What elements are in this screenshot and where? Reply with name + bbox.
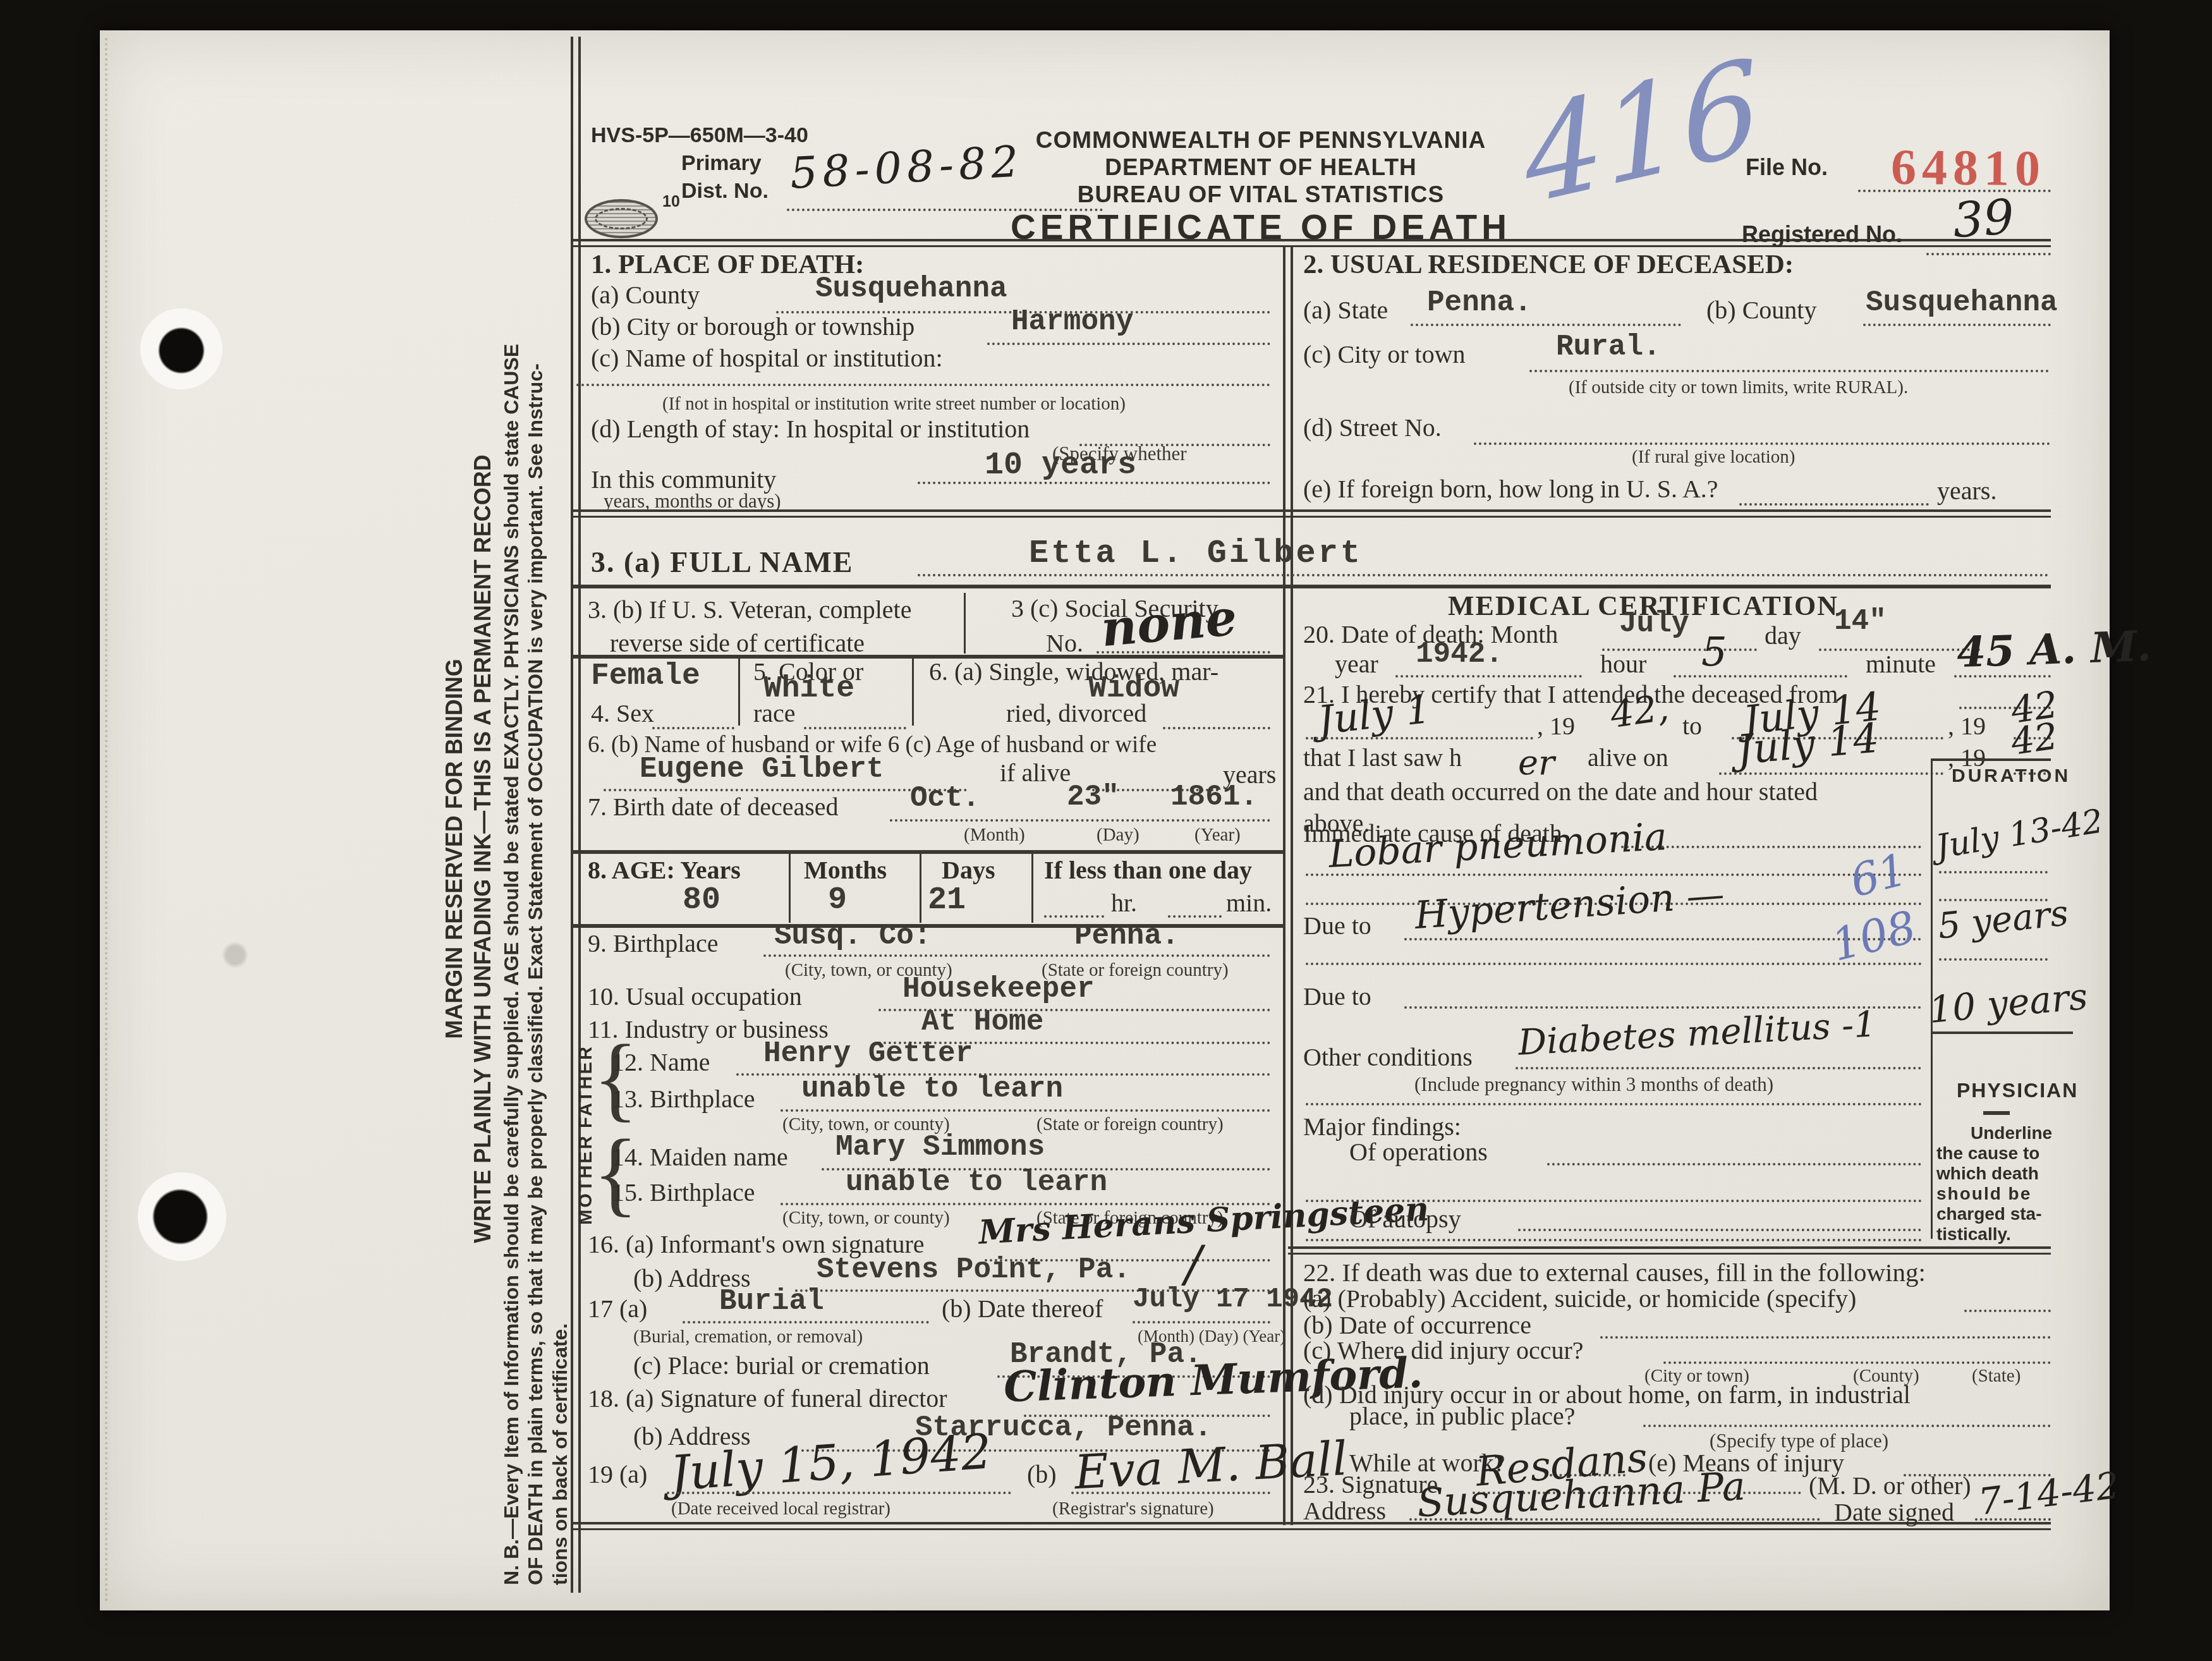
sex-label: 4. Sex [591,700,654,727]
birthplace-value-2: Penna. [1074,922,1179,951]
paper-smudge [222,940,248,970]
color-marital-divider [912,657,914,726]
death-year-value: 1942. [1416,640,1503,669]
age-divider-2 [920,853,921,923]
veteran-label-1: 3. (b) If U. S. Veteran, complete [588,597,911,623]
age-years-value: 80 [683,885,720,916]
findings-line-1 [1306,1200,1922,1202]
scanned-death-certificate: MARGIN RESERVED FOR BINDING WRITE PLAINL… [0,0,2212,1661]
punch-hole-top [140,308,222,389]
state-line [1411,324,1681,326]
vital-statistics-seal-icon [585,199,658,238]
death-month-value: July [1619,609,1689,638]
community-note: years, months or days) [604,491,781,512]
age-days-value: 21 [928,885,966,916]
autopsy-line [1518,1229,1921,1231]
external-b-line [1600,1336,2051,1339]
birthdate-label: 7. Birth date of deceased [588,794,839,820]
registered-no-label: Registered No. [1742,222,1902,247]
major-findings-label: Major findings: [1303,1114,1461,1140]
sex-value: Female [591,661,700,691]
hospital-label: (c) Name of hospital or institution: [591,345,943,372]
certificate-title: CERTIFICATE OF DEATH [913,209,1608,246]
physician-note-1: Underline [1971,1124,2052,1143]
residence-county-value: Susquehanna [1866,288,2058,317]
pregnancy-note: (Include pregnancy within 3 months of de… [1414,1074,1773,1095]
ssn-line [1097,651,1270,654]
father-name-label: 12. Name [612,1049,710,1076]
external-c-label: (c) Where did injury occur? [1303,1337,1584,1364]
ssn-no-label: No. [1046,630,1083,657]
age-min-line [1168,915,1222,918]
death-hour-value: 5 [1701,632,1727,672]
birthdate-row-rule [572,850,1283,854]
residence-county-label: (b) County [1706,297,1816,324]
margin-line-2: WRITE PLAINLY WITH UNFADING INK—THIS IS … [471,113,495,1585]
street-no-label: (d) Street No. [1303,415,1442,441]
death-minute-value: 45 A. M. [1956,625,2152,674]
registrar-date-label: 19 (a) [588,1461,647,1488]
age-divider-1 [789,853,791,923]
death-year-line [1395,675,1582,678]
community-label: In this community [591,466,776,493]
punch-hole-bottom [138,1172,226,1261]
death-minute-line [1954,675,2051,678]
date-signed-line [1975,1518,2051,1521]
last-saw-y3-value: 42 [2008,717,2060,760]
md-or-other-label: (M. D. or other) [1809,1473,1971,1499]
state-label: (a) State [1303,297,1388,324]
file-no-stamp: 64810 [1891,141,2046,196]
funeral-director-label: 18. (a) Signature of funeral director [588,1385,947,1412]
mother-name-label: 14. Maiden name [612,1144,788,1171]
duration-line-3 [1939,958,2048,961]
community-value: 10 years [985,450,1136,482]
foreign-born-label: (e) If foreign born, how long in U. S. A… [1303,476,1718,502]
city-borough-value: Harmony [1011,307,1133,336]
external-d-label-2: place, in public place? [1349,1403,1576,1430]
foreign-born-years: years. [1937,478,1996,504]
city-borough-label: (b) City or borough or township [591,313,915,340]
last-saw-value: July 14 [1735,718,1881,770]
immediate-cause-line-1 [1306,873,1922,876]
last-saw-line-1 [1719,772,1943,775]
mother-name-value: Mary Simmons [836,1133,1045,1162]
birthplace-value-1: Susq. Co: [774,922,931,951]
father-birthplace-line [781,1109,1270,1112]
death-minute-label: minute [1866,651,1936,678]
registrar-signature-line [1071,1492,1270,1494]
death-year-label: year [1335,651,1378,678]
birthdate-line [890,819,1270,822]
physician-note-5: charged sta- [1936,1205,2042,1224]
county-label: (a) County [591,282,700,308]
paper-perforated-edge [105,38,107,1603]
marital-line [1163,727,1270,729]
rural-note: (If outside city or town limits, write R… [1569,378,1908,397]
date-signed-label: Date signed [1834,1499,1954,1526]
due-to-2-label: Due to [1303,983,1371,1010]
physician-dash [1983,1111,2010,1115]
dist-no-label: Dist. No. [681,179,769,203]
fullname-rule [572,585,2051,588]
burial-cap: (Burial, cremation, or removal) [633,1327,863,1346]
marital-label-2: ried, divorced [1006,700,1146,727]
due-to-1-line-2 [1306,963,1922,965]
duration-value-3-underline [1933,1031,2073,1034]
length-of-stay-label: (d) Length of stay: In hospital or insti… [591,416,1030,442]
father-name-value: Henry Getter [763,1039,973,1068]
operations-line [1547,1163,1921,1165]
physician-note-6: tistically. [1936,1225,2011,1244]
informant-address-stroke: / [1185,1240,1201,1289]
operations-label: Of operations [1349,1139,1488,1165]
mother-brace: { [593,1124,638,1224]
birthdate-year: 1861. [1170,782,1258,812]
death-hour-label: hour [1600,651,1646,678]
informant-address-value: Stevens Point, Pa. [817,1255,1131,1284]
county-value: Susquehanna [815,274,1007,303]
physician-note-2: the cause to [1936,1144,2051,1163]
residence-county-line [1863,324,2051,326]
autopsy-label: Of autopsy [1349,1206,1461,1232]
due-to-1-label: Due to [1303,913,1371,939]
registrar-date-cap: (Date received local registrar) [671,1499,890,1518]
burial-place-label: (c) Place: burial or cremation [633,1353,930,1379]
burial-line [683,1321,929,1323]
mother-cap-1: (City, town, or county) [782,1208,950,1227]
birthdate-cap-month: (Month) [964,825,1025,844]
external-d-line [1643,1425,2051,1427]
physician-address-label: Address [1303,1498,1386,1524]
section12-bottom-rule [572,509,2051,518]
if-alive-label: if alive [1000,760,1071,786]
city-town-label: (c) City or town [1303,341,1466,368]
last-saw-label-2: alive on [1588,745,1668,771]
birthplace-line [763,954,1270,957]
mother-birthplace-label: 15. Birthplace [612,1179,755,1206]
birthdate-month: Oct. [910,784,980,813]
age-hr-line [1044,915,1104,918]
burial-label: 17 (a) [588,1296,647,1322]
residence-title: 2. USUAL RESIDENCE OF DECEASED: [1303,250,1794,279]
findings-line-2 [1306,1239,1922,1241]
physician-note-3: which death [1936,1164,2051,1183]
city-town-value: Rural. [1556,332,1661,362]
other-conditions-line [1516,1067,1921,1069]
physician-title: PHYSICIAN [1957,1080,2078,1102]
margin-line-1: MARGIN RESERVED FOR BINDING [442,113,467,1585]
margin-line-4: OF DEATH in plain terms, so that it may … [525,113,547,1585]
age-min-label: min. [1226,890,1272,916]
street-no-line [1474,442,2050,445]
age-label: 8. AGE: Years [588,857,741,884]
form-number: HVS-5P—650M—3-40 [591,124,808,147]
external-a-label: (a) (Probably) Accident, suicide, or hom… [1303,1286,1856,1312]
external-c-cap-3: (State) [1972,1366,2021,1385]
spouse-name-value: Eugene Gilbert [640,755,884,784]
color-line [804,727,906,729]
registered-no-line [1926,253,2051,255]
burial-value: Burial [719,1287,824,1316]
file-no-label: File No. [1746,155,1828,180]
city-borough-line [987,343,1270,345]
external-a-line [1964,1310,2051,1312]
external-b-label: (b) Date of occurrence [1303,1312,1531,1339]
age-months-label: Months [804,857,887,884]
registrar-sig-label: (b) [1027,1461,1057,1488]
occupation-value: Housekeeper [902,975,1095,1004]
header-department: DEPARTMENT OF HEALTH [976,155,1545,180]
sex-color-divider [738,657,740,726]
full-name-line [918,574,2049,576]
age-days-label: Days [942,857,995,884]
registrar-date-line [667,1492,1011,1494]
physician-note-4: should be [1936,1184,2051,1203]
other-conditions-label: Other conditions [1303,1044,1473,1071]
father-brace: { [593,1029,638,1129]
rural-location-note: (If rural give location) [1632,447,1795,466]
city-town-line [1529,370,2049,372]
external-causes-title: 22. If death was due to external causes,… [1303,1259,1926,1286]
age-divider-3 [1031,853,1033,923]
attended-line-1 [1306,737,1533,739]
age-less-label: If less than one day [1044,857,1252,884]
death-day-value: 14" [1834,607,1887,636]
birthplace-label: 9. Birthplace [588,930,719,957]
death-hour-line [1674,675,1847,678]
veteran-label-2: reverse side of certificate [610,630,865,657]
age-hr-label: hr. [1111,890,1137,916]
sex-line [652,727,734,729]
margin-line-5: tions on back of certificate. [549,113,571,1585]
attended-19b: , 19 [1948,713,1986,739]
hospital-note: (If not in hospital or institution write… [662,394,1126,413]
attended-from-value: July 1 [1316,690,1432,740]
occurred-label: and that death occurred on the date and … [1303,779,1818,805]
foreign-born-line [1739,503,1929,506]
father-cap-2: (State or foreign country) [1036,1115,1224,1134]
duration-line-1 [1939,871,2048,873]
veteran-ssn-divider [964,593,966,654]
color-label-2: race [753,700,796,727]
last-saw-label-1: that I last saw h [1303,745,1462,771]
burial-date-line [1133,1321,1270,1323]
community-line [918,482,1270,484]
burial-date-label: (b) Date thereof [942,1296,1103,1322]
primary-label: Primary [681,152,762,175]
duration-box-top [1931,758,2051,761]
bp-systolic: 61 [1846,847,1911,903]
form-left-border [571,37,581,1593]
binding-margin-notes: MARGIN RESERVED FOR BINDING WRITE PLAINL… [442,113,564,1585]
attended-y1-value: 42, [1608,689,1670,733]
registered-no-value: 39 [1951,193,2015,245]
seal-number: 10 [662,193,680,210]
death-day-label: day [1765,623,1801,649]
full-name-value: Etta L. Gilbert [1029,537,1363,570]
birthdate-cap-day: (Day) [1097,825,1139,844]
full-name-label: 3. (a) FULL NAME [591,547,853,578]
registrar-sig-cap: (Registrar's signature) [1052,1499,1214,1518]
industry-value: At Home [921,1007,1043,1037]
state-value: Penna. [1427,288,1532,317]
header-commonwealth: COMMONWEALTH OF PENNSYLVANIA [976,128,1545,153]
attended-to: to [1682,713,1702,739]
margin-line-3: N. B.—Every Item of Information should b… [501,113,523,1585]
external-c-line [1663,1361,2051,1364]
last-saw-er: er [1518,746,1555,780]
father-birthplace-label: 13. Birthplace [612,1086,755,1112]
birthdate-day: 23" [1067,782,1119,812]
ssn-value: none [1099,593,1239,654]
birthdate-cap-year: (Year) [1194,825,1241,844]
hospital-line [576,384,1270,386]
father-birthplace-value: unable to learn [801,1074,1063,1104]
age-months-value: 9 [828,885,847,916]
mother-birthplace-value: unable to learn [846,1168,1107,1197]
occupation-label: 10. Usual occupation [588,983,802,1010]
physician-address-line [1409,1518,1820,1521]
header-bureau: BUREAU OF VITAL STATISTICS [976,182,1545,207]
duration-title: DURATION [1952,766,2070,786]
findings-line-0 [1306,1103,1922,1105]
medical-bottom-rule [1288,1246,2051,1255]
attended-19a: , 19 [1537,713,1575,739]
